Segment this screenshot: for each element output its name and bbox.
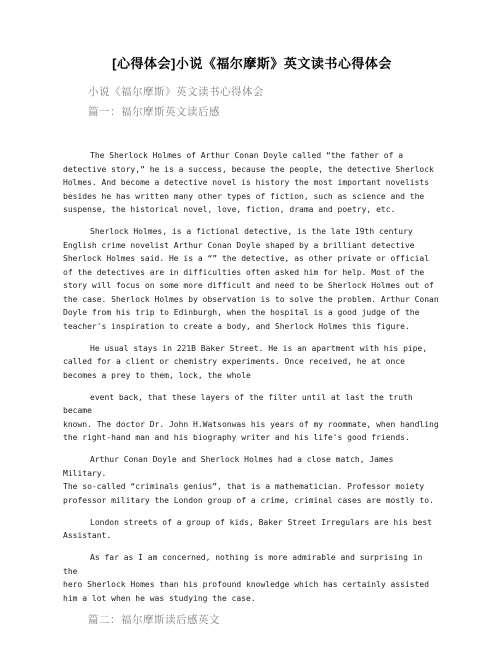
section-one-heading: 篇一：福尔摩斯英文读后感: [88, 106, 441, 120]
section-two-heading: 篇二：福尔摩斯读后感英文: [88, 614, 441, 628]
paragraph-irregulars: London streets of a group of kids, Baker…: [63, 516, 441, 543]
paragraph-conclusion: As far as I am concerned, nothing is mor…: [63, 551, 441, 605]
paragraph-character: Sherlock Holmes, is a fictional detectiv…: [63, 225, 441, 333]
paragraph-intro: The Sherlock Holmes of Arthur Conan Doyl…: [63, 149, 441, 217]
document-title: [心得体会]小说《福尔摩斯》英文读书心得体会: [63, 0, 441, 70]
document-subtitle: 小说《福尔摩斯》英文读书心得体会: [88, 86, 441, 100]
paragraph-baker-street: He usual stays in 221B Baker Street. He …: [63, 342, 441, 383]
document-body: The Sherlock Holmes of Arthur Conan Doyl…: [63, 149, 441, 605]
paragraph-watson: event back, that these layers of the fil…: [63, 391, 441, 445]
paragraph-moriarty: Arthur Conan Doyle and Sherlock Holmes h…: [63, 453, 441, 507]
document-page: [心得体会]小说《福尔摩斯》英文读书心得体会 小说《福尔摩斯》英文读书心得体会 …: [0, 0, 502, 649]
